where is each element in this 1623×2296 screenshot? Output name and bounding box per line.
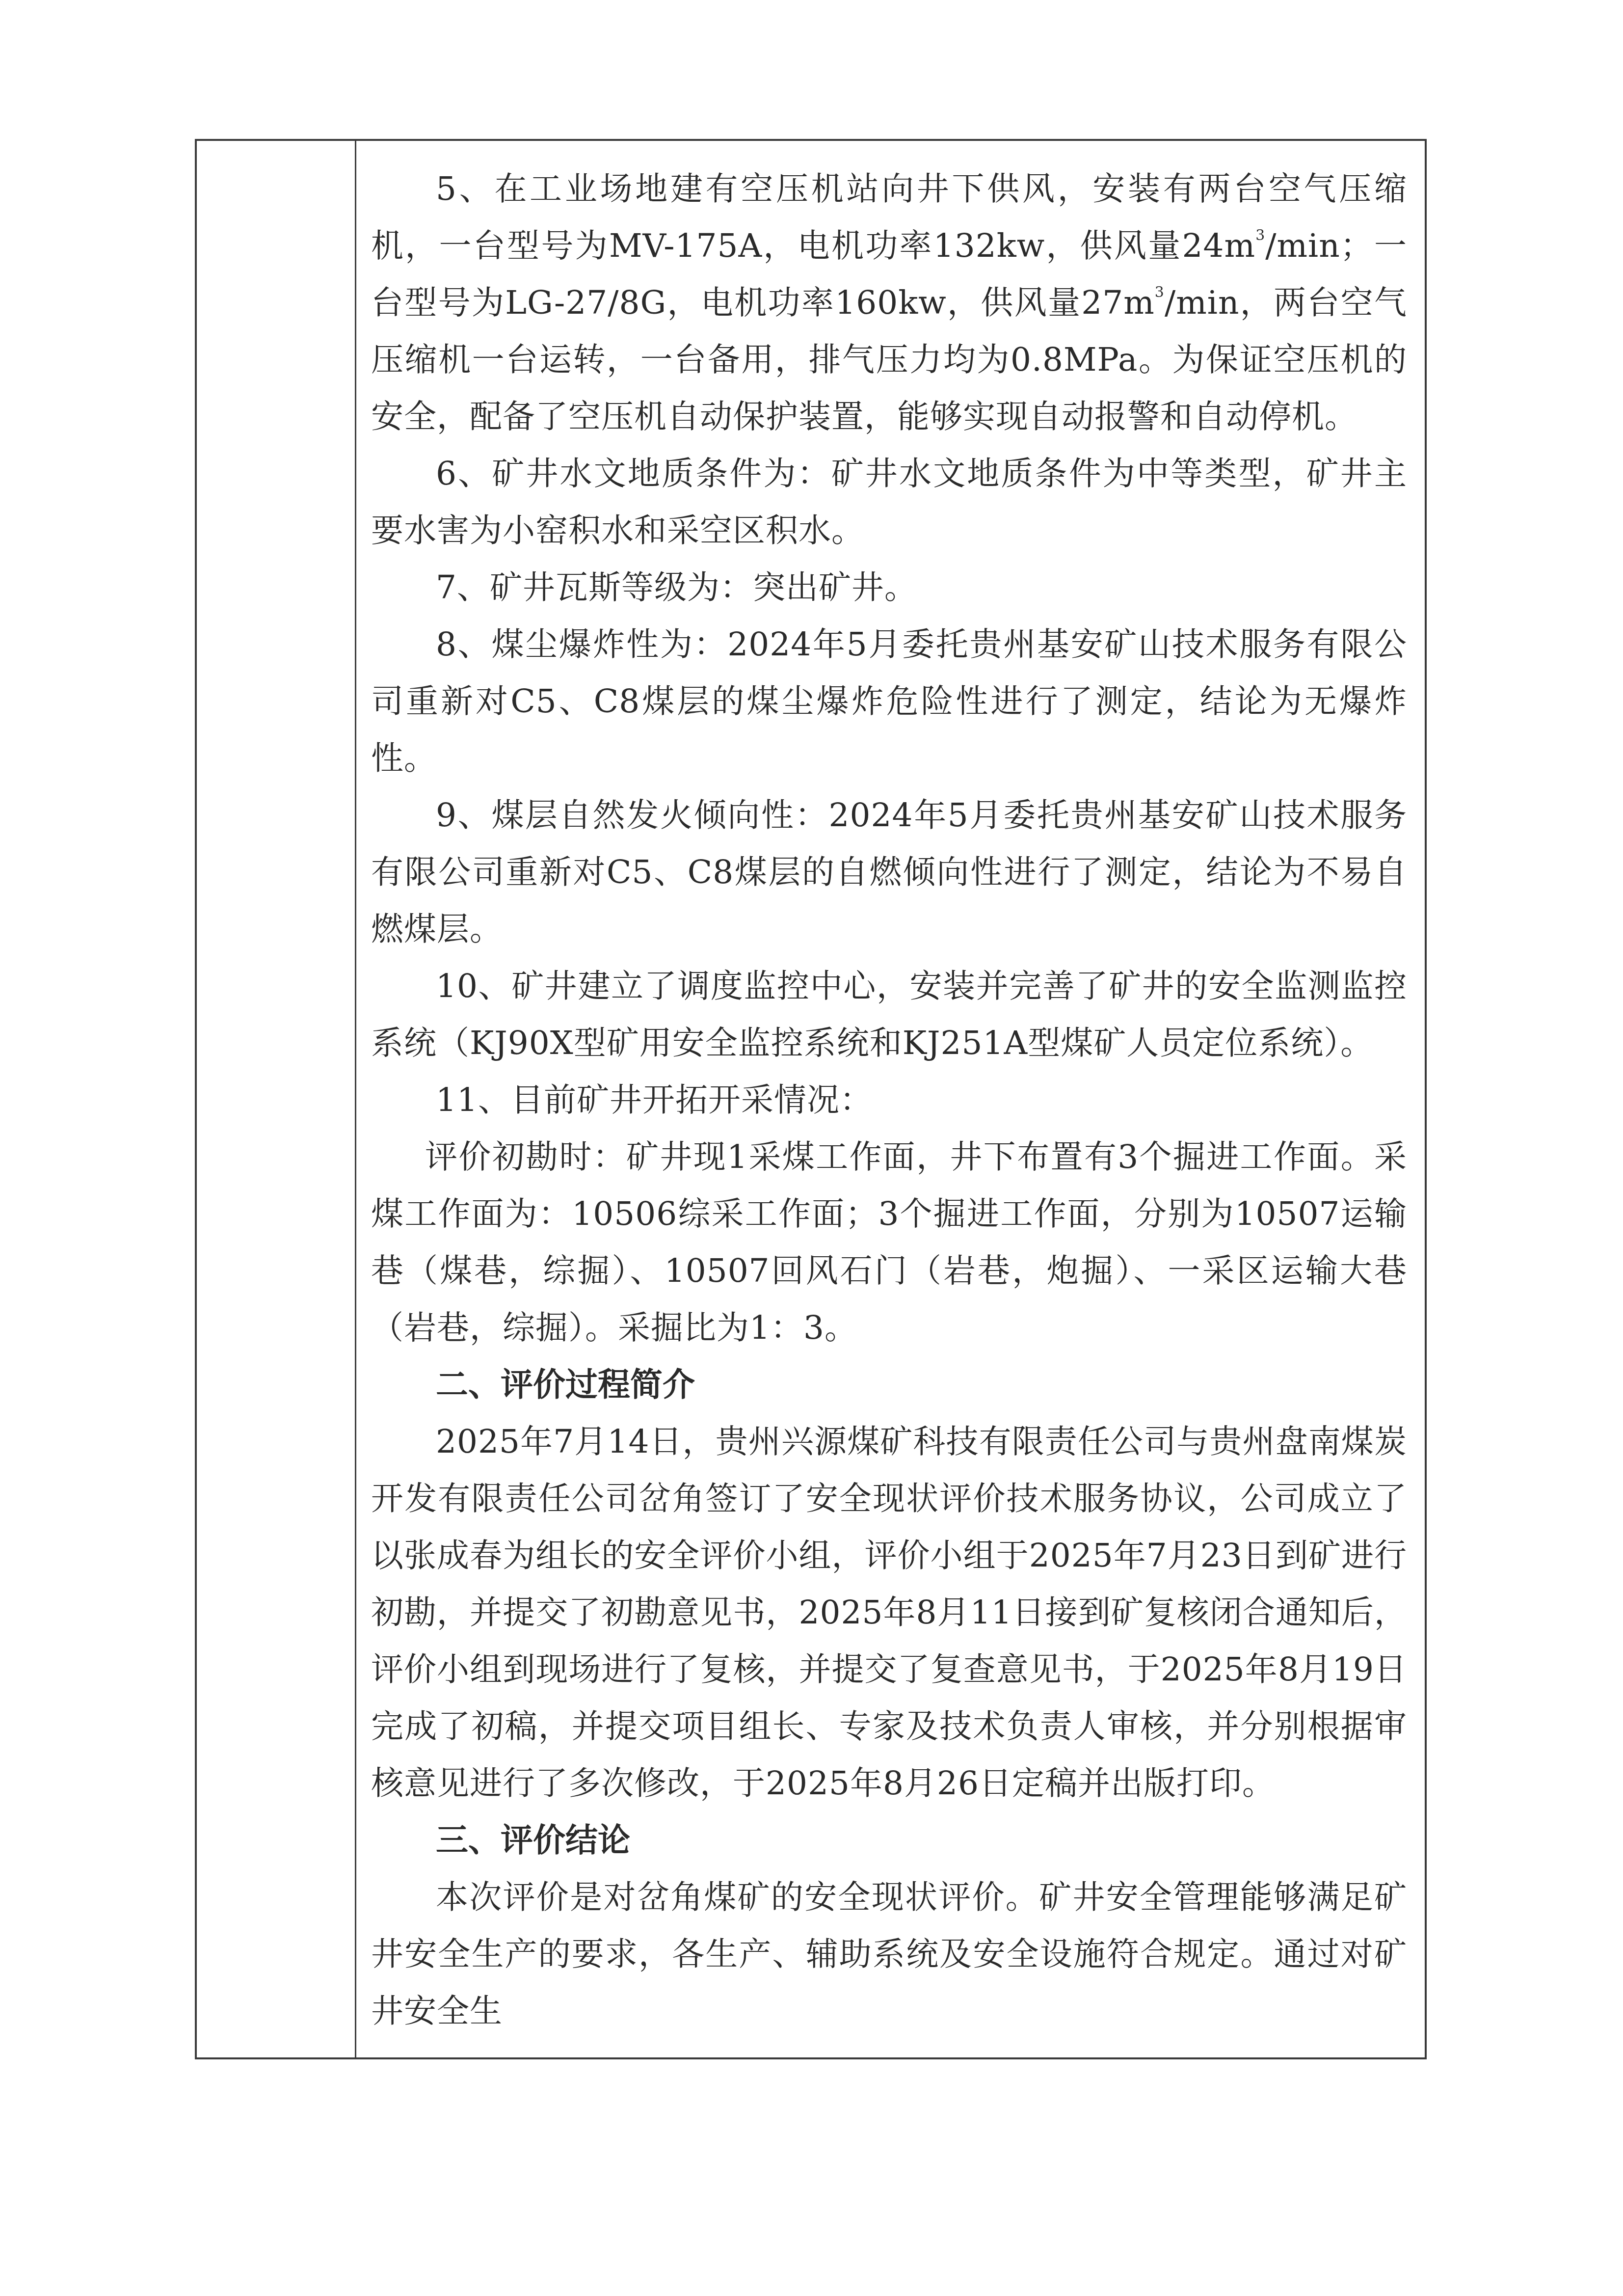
paragraph-item-10-monitoring: 10、矿井建立了调度监控中心，安装并完善了矿井的安全监测监控系统（KJ90X型矿… [371, 958, 1407, 1072]
paragraph-item-5-air-compressor: 5、在工业场地建有空压机站向井下供风，安装有两台空气压缩机，一台型号为MV-17… [371, 161, 1407, 445]
paragraph-item-7-gas-grade: 7、矿井瓦斯等级为：突出矿井。 [371, 559, 1407, 616]
paragraph-initial-survey: 评价初勘时：矿井现1采煤工作面，井下布置有3个掘进工作面。采煤工作面为：1050… [371, 1129, 1407, 1356]
table-content-column: 5、在工业场地建有空压机站向井下供风，安装有两台空气压缩机，一台型号为MV-17… [356, 141, 1425, 2057]
section-heading-evaluation-process: 二、评价过程简介 [371, 1356, 1407, 1413]
paragraph-evaluation-conclusion: 本次评价是对岔角煤矿的安全现状评价。矿井安全管理能够满足矿井安全生产的要求，各生… [371, 1869, 1407, 2040]
document-table: 5、在工业场地建有空压机站向井下供风，安装有两台空气压缩机，一台型号为MV-17… [195, 139, 1427, 2059]
section-heading-evaluation-conclusion: 三、评价结论 [371, 1812, 1407, 1869]
paragraph-item-11-mining-status: 11、目前矿井开拓开采情况： [371, 1072, 1407, 1129]
table-label-column [197, 141, 356, 2057]
superscript: 3 [1255, 227, 1265, 244]
paragraph-evaluation-process: 2025年7月14日，贵州兴源煤矿科技有限责任公司与贵州盘南煤炭开发有限责任公司… [371, 1413, 1407, 1812]
paragraph-item-8-coal-dust: 8、煤尘爆炸性为：2024年5月委托贵州基安矿山技术服务有限公司重新对C5、C8… [371, 616, 1407, 787]
paragraph-text: 5、在工业场地建有空压机站向井下供风，安装有两台空气压缩机，一台型号为MV-17… [371, 170, 1407, 265]
paragraph-item-6-hydrogeology: 6、矿井水文地质条件为：矿井水文地质条件为中等类型，矿井主要水害为小窑积水和采空… [371, 445, 1407, 559]
paragraph-item-9-spontaneous-combustion: 9、煤层自然发火倾向性：2024年5月委托贵州基安矿山技术服务有限公司重新对C5… [371, 787, 1407, 958]
superscript: 3 [1155, 284, 1165, 301]
